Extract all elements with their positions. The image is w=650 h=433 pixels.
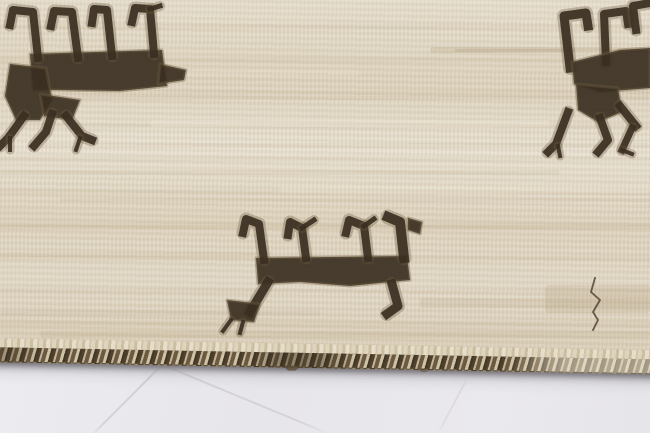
pile-streak [0, 170, 560, 175]
pile-streak [40, 331, 650, 338]
pile-streak [0, 225, 650, 230]
pile-streak [150, 120, 550, 127]
rug-photo: Close-up photograph of the corner of a c… [0, 0, 650, 433]
animal-motif-top-left [0, 6, 186, 150]
pile-streak [0, 96, 650, 100]
pile-streak [280, 186, 650, 193]
pile-streak [455, 49, 575, 52]
pile-streak [0, 310, 320, 316]
animal-motif-center [223, 217, 422, 333]
animal-motif-top-right [548, 3, 650, 156]
motif-layer [0, 0, 650, 433]
pile-streak [420, 298, 650, 308]
pile-streak [0, 252, 260, 257]
pile-streak [60, 198, 650, 202]
